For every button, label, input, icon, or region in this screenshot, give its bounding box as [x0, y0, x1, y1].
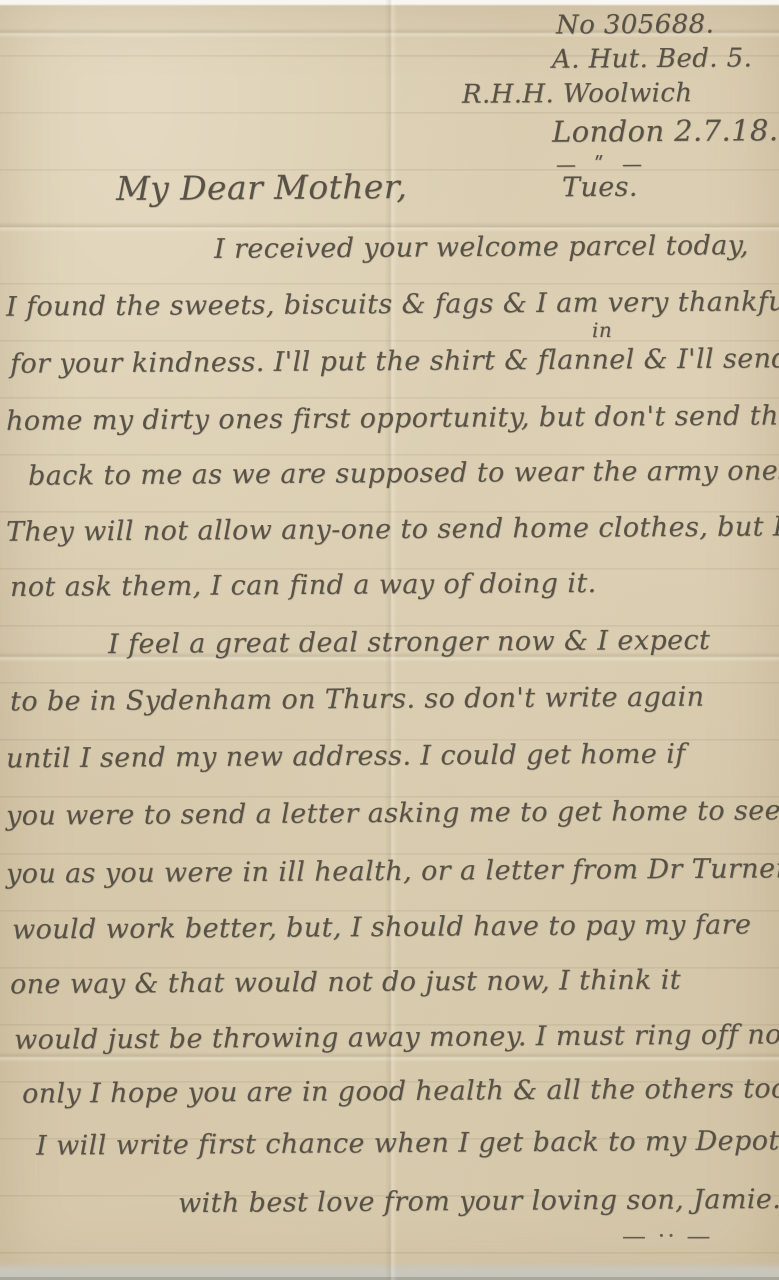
header-service-number: No 305688. [556, 9, 714, 40]
letter-page: No 305688. A. Hut. Bed. 5. R.H.H. Woolwi… [0, 0, 779, 1280]
body-line-10: until I send my new address. I could get… [6, 739, 686, 775]
body-line-8: I feel a great deal stronger now & I exp… [108, 625, 710, 660]
body-line-5: back to me as we are supposed to wear th… [28, 455, 779, 491]
body-line-14: one way & that would not do just now, I … [10, 965, 681, 1001]
header-day-line: Tues. [562, 172, 638, 204]
closing-line: with best love from your loving son, Jam… [178, 1184, 779, 1219]
body-line-13: would work better, but, I should have to… [12, 909, 751, 945]
body-line-3: for your kindness. I'll put the shirt & … [10, 343, 779, 379]
body-line-4: home my dirty ones first opportunity, bu… [6, 400, 779, 437]
body-line-15: would just be throwing away money. I mus… [14, 1019, 779, 1056]
header-billet-line: A. Hut. Bed. 5. [552, 43, 752, 74]
body-line-11: you were to send a letter asking me to g… [6, 795, 779, 831]
body-line-9: to be in Sydenham on Thurs. so don't wri… [10, 682, 705, 718]
body-line-12: you as you were in ill health, or a lett… [6, 853, 779, 889]
body-line-6: They will not allow any-one to send home… [6, 511, 779, 548]
salutation: My Dear Mother, [116, 167, 407, 208]
body-line-7: not ask them, I can find a way of doing … [10, 568, 597, 603]
body-line-2: I found the sweets, biscuits & fags & I … [6, 286, 779, 323]
signature-flourish: — ·· — [622, 1222, 713, 1250]
header-unit-line: R.H.H. Woolwich [462, 78, 693, 110]
inserted-word: in [592, 318, 612, 342]
body-line-1: I received your welcome parcel today, [214, 230, 749, 265]
body-line-17: I will write first chance when I get bac… [36, 1125, 779, 1161]
body-line-16: only I hope you are in good health & all… [22, 1073, 779, 1109]
header-place-date: London 2.7.18. [552, 113, 779, 149]
